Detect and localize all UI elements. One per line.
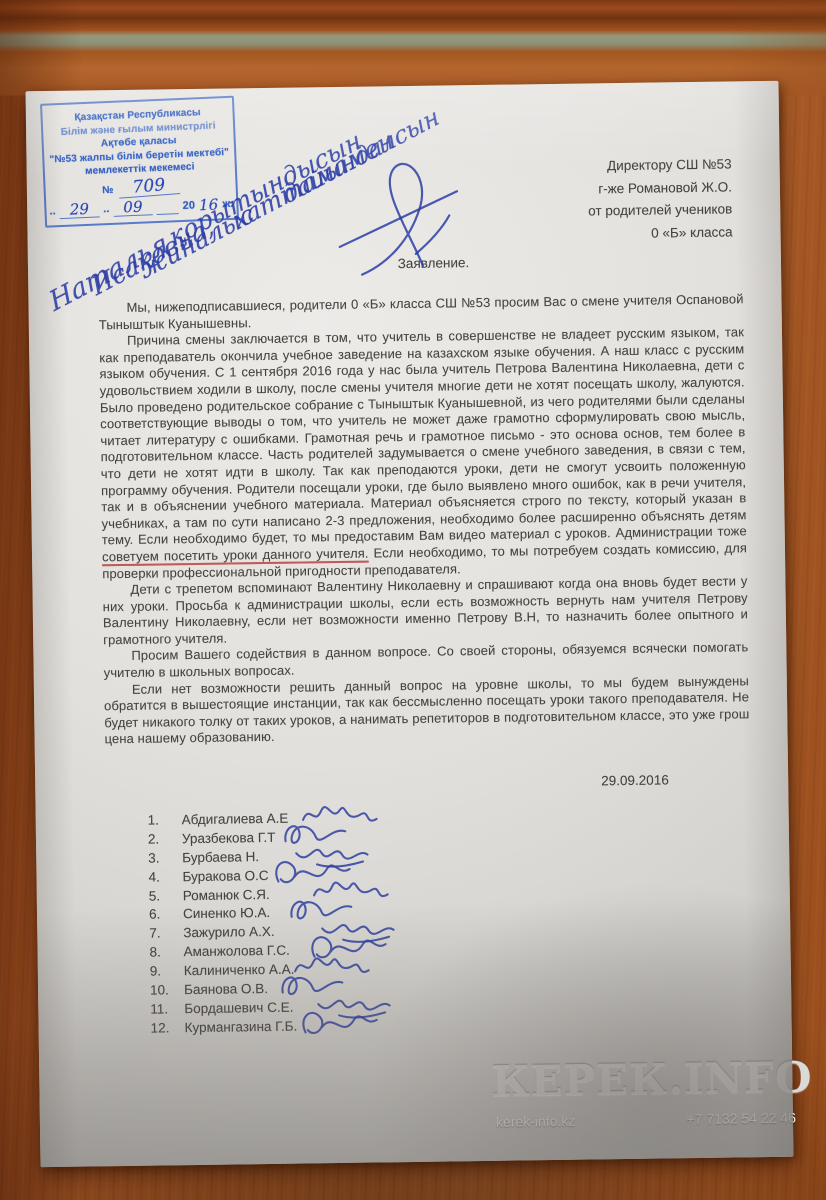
signer-row: 3. Бурбаева Н.	[148, 846, 295, 867]
watermark-logo: КЕРЕК.INFO	[491, 1053, 800, 1106]
signer-row: 2. Уразбекова Г.Т	[148, 828, 295, 849]
stamp-blank-line	[156, 201, 179, 215]
signer-number: 7.	[149, 925, 183, 940]
signer-number: 5.	[149, 888, 183, 903]
signer-name: Калиниченко А.А.	[184, 962, 295, 979]
registration-stamp: Қазақстан Республикасы Бiлiм және ғылым …	[40, 96, 239, 228]
signer-row: 7. Зажурило А.Х.	[149, 922, 296, 943]
red-underlined-phrase: советуем посетить уроки данного учителя.	[102, 545, 369, 564]
signer-number: 2.	[148, 831, 182, 846]
signer-name: Бурбаева Н.	[182, 849, 259, 865]
paragraph-text: Причина смены заключается в том, что учи…	[99, 324, 747, 547]
signer-number: 8.	[149, 944, 183, 959]
signers-list: 1. Абдигалиева А.Е 2. Уразбекова Г.Т 3. …	[148, 809, 298, 1038]
watermark-site: kerek-info.kz	[496, 1113, 576, 1130]
watermark-phone: +7 7132 54 22 46	[686, 1110, 796, 1128]
paper: Қазақстан Республикасы Бiлiм және ғылым …	[26, 81, 794, 1167]
signer-row: 11. Бордашевич С.Е.	[150, 998, 297, 1019]
letter-date: 29.09.2016	[601, 772, 669, 788]
paragraph: Причина смены заключается в том, что учи…	[99, 324, 747, 582]
signer-row: 5. Романюк С.Я.	[149, 884, 296, 905]
photo-of-document: { "stamp": { "line1": "Қазақстан Республ…	[0, 0, 826, 1200]
signer-name: Аманжолова Г.С.	[183, 943, 289, 959]
recipient-line: от родителей учеников	[588, 198, 732, 223]
signer-number: 10.	[150, 982, 184, 997]
handwriting-word: дайындалсын	[279, 102, 443, 209]
signer-name: Уразбекова Г.Т	[182, 830, 276, 846]
stamp-year-suffix: ж.	[222, 198, 234, 212]
signer-row: 10. Баянова О.В.	[150, 979, 297, 1000]
stamp-year-hand: 16	[199, 198, 219, 212]
signer-number: 11.	[150, 1001, 184, 1016]
signer-name: Зажурило А.Х.	[183, 924, 274, 940]
signer-row: 6. Синенко Ю.А.	[149, 903, 296, 924]
signer-number: 12.	[151, 1020, 185, 1035]
signer-name: Абдигалиева А.Е	[182, 811, 289, 827]
watermark: КЕРЕК.INFO kerek-info.kz +7 7132 54 22 4…	[491, 1053, 800, 1130]
paragraph: Если нет возможности решить данный вопро…	[104, 673, 750, 748]
signer-row: 4. Буракова О.С	[148, 865, 295, 886]
signer-number: 1.	[148, 812, 182, 827]
signer-name: Синенко Ю.А.	[183, 905, 270, 921]
signer-name: Баянова О.В.	[184, 981, 268, 997]
recipient-block: Директору СШ №53 г-же Романовой Ж.О. от …	[587, 153, 732, 245]
recipient-line: 0 «Б» класса	[588, 221, 732, 246]
stamp-number-label: №	[102, 184, 114, 198]
signer-row: 9. Калиниченко А.А.	[150, 960, 297, 981]
letter-title: Заявление.	[28, 251, 781, 277]
signer-number: 6.	[149, 907, 183, 922]
paragraph: Дети с трепетом вспоминают Валентину Ник…	[102, 573, 748, 648]
handwriting-word: хаттамамен	[229, 125, 398, 236]
stamp-dots: ..	[103, 203, 110, 217]
signatures-overlay	[260, 796, 543, 1050]
recipient-line: Директору СШ №53	[587, 153, 731, 178]
signer-number: 9.	[150, 963, 184, 978]
signer-number: 3.	[148, 850, 182, 865]
signer-name: Романюк С.Я.	[183, 886, 270, 902]
stamp-date-row: .. 29 .. 09 2016 ж.	[49, 196, 233, 219]
recipient-line: г-же Романовой Ж.О.	[588, 176, 732, 201]
stamp-day: 29	[60, 202, 100, 219]
signer-name: Буракова О.С	[182, 868, 268, 884]
signer-row: 12. Курмангазина Г.Б.	[150, 1016, 297, 1037]
signer-name: Курмангазина Г.Б.	[185, 1018, 298, 1035]
stamp-dots: ..	[49, 205, 56, 219]
watermark-subrow: kerek-info.kz +7 7132 54 22 46	[492, 1110, 800, 1130]
signer-name: Бордашевич С.Е.	[184, 1000, 293, 1017]
stamp-month: 09	[113, 200, 153, 217]
handwriting-word: Исаковна,	[88, 211, 218, 301]
signer-row: 1. Абдигалиева А.Е	[148, 809, 295, 830]
signer-number: 4.	[148, 869, 182, 884]
stamp-number-value: 709	[118, 177, 180, 199]
signer-row: 8. Аманжолова Г.С.	[149, 941, 296, 962]
letter-body: Мы, нижеподписавшиеся, родители 0 «Б» кл…	[98, 291, 749, 748]
stamp-year-printed: 20	[182, 199, 195, 213]
